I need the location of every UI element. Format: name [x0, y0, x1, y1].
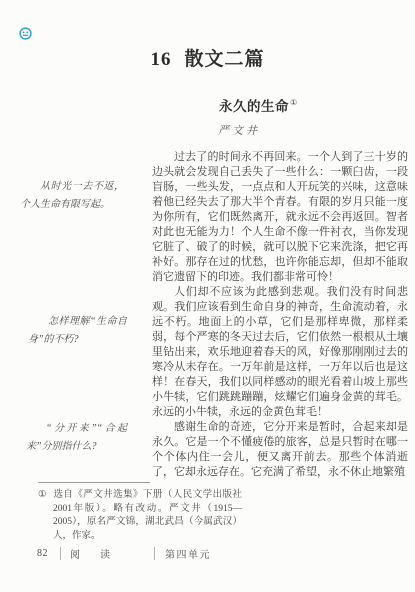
author-name: 严文井	[218, 122, 260, 138]
margin-note-1: 从时光一去不返，个人生命有限写起。	[20, 178, 124, 214]
footnote: ①选自《严文井选集》下册（人民文学出版社2001年版）。略有改动。严文井（191…	[38, 489, 242, 543]
smiley-face-icon[interactable]	[19, 27, 32, 40]
page-footer: 82 阅 读 第四单元	[37, 545, 211, 561]
essay-body: 过去了的时间永不再回来。一个人到了三十岁的边头就会发现自己丢失了一些什么：一颗臼…	[152, 150, 408, 480]
textbook-page: 16散文二篇 永久的生命① 严文井 过去了的时间永不再回来。一个人到了三十岁的边…	[0, 0, 415, 592]
page-number: 82	[37, 548, 60, 559]
lesson-title: 16散文二篇	[0, 44, 415, 71]
lesson-number: 16	[150, 49, 171, 70]
footnote-marker: ①	[38, 489, 53, 503]
margin-note-2: 怎样理解“生命自身”的不朽?	[28, 313, 127, 349]
margin-note-3: “分开来”“合起来”分别指什么?	[26, 420, 127, 456]
unit-label: 第四单元	[155, 546, 211, 561]
footnote-divider	[38, 482, 150, 483]
footnote-reference-marker: ①	[290, 98, 298, 107]
paragraph: 人们却不应该为此感到悲观。我们没有时间悲观。我们应该看到生命自身的神奇，生命流动…	[152, 285, 408, 420]
section-label: 阅 读	[61, 546, 154, 561]
footnote-text: 选自《严文井选集》下册（人民文学出版社2001年版）。略有改动。严文井（1915…	[53, 490, 242, 541]
paragraph: 过去了的时间永不再回来。一个人到了三十岁的边头就会发现自己丢失了一些什么：一颗臼…	[152, 150, 408, 285]
essay-title: 永久的生命①	[219, 95, 297, 115]
essay-title-text: 永久的生命	[219, 99, 289, 114]
paragraph: 感谢生命的奇迹，它分开来是暂时，合起来却是永久。它是一个不懂疲倦的旅客，总是只暂…	[152, 420, 408, 480]
lesson-name: 散文二篇	[184, 49, 264, 70]
